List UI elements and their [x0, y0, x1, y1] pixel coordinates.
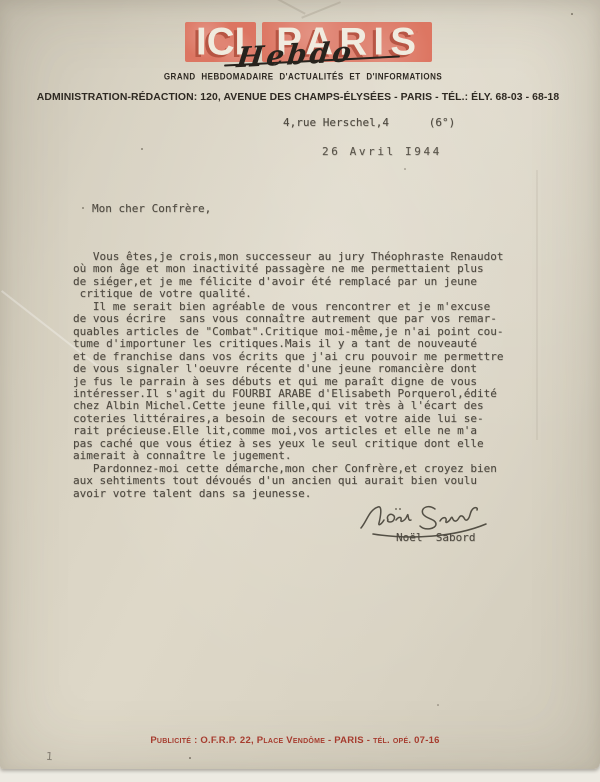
- fold-crease: [536, 170, 538, 440]
- fold-crease: [264, 0, 305, 14]
- paper-speck: [82, 207, 84, 209]
- fold-crease: [301, 1, 341, 18]
- paper-speck: [404, 168, 406, 170]
- salutation: Mon cher Confrère,: [92, 202, 211, 215]
- hebdo-script-overlay: Hebdo: [235, 33, 399, 75]
- publicity-footer-line: Publicité : O.F.R.P. 22, Place Vendôme -…: [0, 735, 590, 746]
- scanned-letter: ICI PARIS Hebdo GRAND HEBDOMADAIRE D'ACT…: [0, 0, 600, 782]
- letter-body: Vous êtes,je crois,mon successeur au jur…: [73, 251, 503, 500]
- paper-speck: [437, 704, 439, 706]
- administration-address-line: ADMINISTRATION-RÉDACTION: 120, AVENUE DE…: [3, 91, 593, 103]
- paper-speck: [571, 13, 573, 15]
- page-number-mark: 1: [46, 750, 54, 763]
- sender-address: 4,rue Herschel,4 (6°): [283, 116, 455, 129]
- letter-paper: ICI PARIS Hebdo GRAND HEBDOMADAIRE D'ACT…: [0, 0, 600, 769]
- paper-speck: [189, 757, 191, 759]
- paper-speck: [141, 148, 143, 150]
- signature-typed-name: Noël Sabord: [396, 531, 475, 544]
- newspaper-tagline: GRAND HEBDOMADAIRE D'ACTUALITÉS ET D'INF…: [0, 71, 600, 82]
- letter-date: 26 Avril I944: [322, 145, 442, 158]
